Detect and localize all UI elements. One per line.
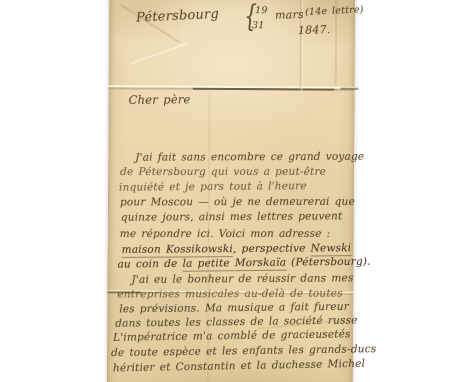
address-corner: au coin de — [117, 258, 182, 271]
letter-line: J'ai fait sans encombre ce grand voyage — [135, 152, 364, 163]
address-separator: , perspective — [233, 242, 311, 255]
letter-photograph: Pétersbourg { 19 31 mars (14e lettre) 18… — [0, 0, 468, 382]
salutation: Cher père — [128, 92, 190, 107]
address-city: (Pétersbourg). — [286, 256, 371, 269]
letter-line: entreprises musicales au-delà de toutes — [117, 289, 342, 300]
dateline-note: (14e lettre) — [305, 4, 364, 18]
letter-line: me répondre ici. Voici mon adresse : — [120, 229, 331, 240]
letter-line: les prévisions. Ma musique a fait fureur — [119, 302, 349, 315]
address-building: maison Kossikowski — [122, 243, 233, 258]
fold-crease-horizontal-top — [109, 85, 355, 91]
letter-line: de toute espèce et les enfants les grand… — [111, 344, 377, 358]
letter-line: J'ai eu le bonheur de réussir dans mes — [131, 273, 353, 285]
dateline-month: mars — [275, 8, 304, 22]
dateline-place: Pétersbourg — [136, 7, 220, 26]
letter-line: L'impératrice m'a comblé de gracieusetés — [113, 329, 351, 343]
dateline-year: 1847. — [298, 23, 331, 37]
letter-line: de Pétersbourg qui vous a peut-être — [120, 167, 326, 178]
fold-crease-horizontal-top-shadow — [193, 88, 335, 91]
letter-line: quinze jours, ainsi mes lettres peuvent — [121, 211, 343, 223]
letter-line: inquiété et je pars tout à l'heure — [119, 181, 307, 193]
fold-crease-tick — [341, 88, 359, 90]
dateline-day-julian: 31 — [252, 20, 265, 31]
letter-line: dans toutes les classes de la société ru… — [115, 315, 358, 329]
letter-line: pour Moscou — où je ne demeurerai que — [120, 197, 355, 208]
address-line-2: au coin de la petite Morskaïa (Pétersbou… — [118, 257, 371, 270]
letter-line: héritier et Constantin et la duchesse Mi… — [113, 359, 365, 374]
wrinkle-line — [130, 43, 187, 65]
address-line-1: maison Kossikowski, perspective Newski — [122, 243, 352, 255]
address-prospect: Newski — [311, 242, 352, 256]
letter-paper: Pétersbourg { 19 31 mars (14e lettre) 18… — [107, 0, 355, 382]
address-street: la petite Morskaïa — [182, 257, 286, 272]
dateline-day-gregorian: 19 — [255, 5, 268, 16]
